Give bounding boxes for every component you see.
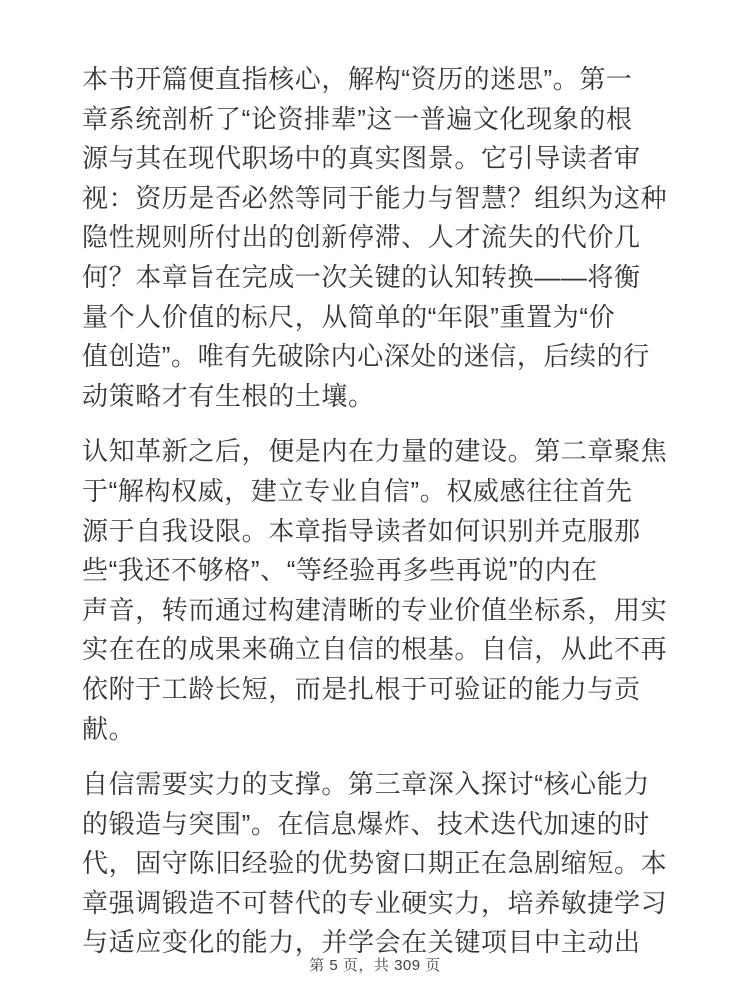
- text-line: 代，固守陈旧经验的优势窗口期正在急剧缩短。本: [82, 844, 668, 884]
- text-line: 动策略才有生根的土壤。: [82, 377, 668, 417]
- text-line: 隐性规则所付出的创新停滞、人才流失的代价几: [82, 218, 668, 258]
- document-page: 本书开篇便直指核心，解构“资历的迷思”。第一 章系统剖析了“论资排辈”这一普遍文…: [0, 0, 750, 1000]
- text-line: 视：资历是否必然等同于能力与智慧？组织为这种: [82, 179, 668, 219]
- text-line: 章系统剖析了“论资排辈”这一普遍文化现象的根: [82, 100, 668, 140]
- text-line: 章强调锻造不可替代的专业硬实力，培养敏捷学习: [82, 884, 668, 924]
- text-line: 声音，转而通过构建清晰的专业价值坐标系，用实: [82, 591, 668, 631]
- text-line: 本书开篇便直指核心，解构“资历的迷思”。第一: [82, 60, 668, 100]
- text-line: 些“我还不够格”、“等经验再多些再说”的内在: [82, 551, 668, 591]
- text-line: 值创造”。唯有先破除内心深处的迷信，后续的行: [82, 337, 668, 377]
- paragraph-3: 自信需要实力的支撑。第三章深入探讨“核心能力 的锻造与突围”。在信息爆炸、技术迭…: [82, 765, 668, 963]
- page-number-indicator: 第 5 页，共 309 页: [0, 954, 750, 975]
- document-content: 本书开篇便直指核心，解构“资历的迷思”。第一 章系统剖析了“论资排辈”这一普遍文…: [82, 60, 668, 979]
- text-line: 实在在的成果来确立自信的根基。自信，从此不再: [82, 630, 668, 670]
- text-line: 献。: [82, 710, 668, 750]
- text-line: 于“解构权威，建立专业自信”。权威感往往首先: [82, 472, 668, 512]
- text-line: 自信需要实力的支撑。第三章深入探讨“核心能力: [82, 765, 668, 805]
- text-line: 的锻造与突围”。在信息爆炸、技术迭代加速的时: [82, 805, 668, 845]
- paragraph-2: 认知革新之后，便是内在力量的建设。第二章聚焦 于“解构权威，建立专业自信”。权威…: [82, 432, 668, 749]
- paragraph-1: 本书开篇便直指核心，解构“资历的迷思”。第一 章系统剖析了“论资排辈”这一普遍文…: [82, 60, 668, 416]
- text-line: 量个人价值的标尺，从简单的“年限”重置为“价: [82, 298, 668, 338]
- text-line: 认知革新之后，便是内在力量的建设。第二章聚焦: [82, 432, 668, 472]
- text-line: 何？本章旨在完成一次关键的认知转换——将衡: [82, 258, 668, 298]
- text-line: 依附于工龄长短，而是扎根于可验证的能力与贡: [82, 670, 668, 710]
- text-line: 源与其在现代职场中的真实图景。它引导读者审: [82, 139, 668, 179]
- text-line: 源于自我设限。本章指导读者如何识别并克服那: [82, 512, 668, 552]
